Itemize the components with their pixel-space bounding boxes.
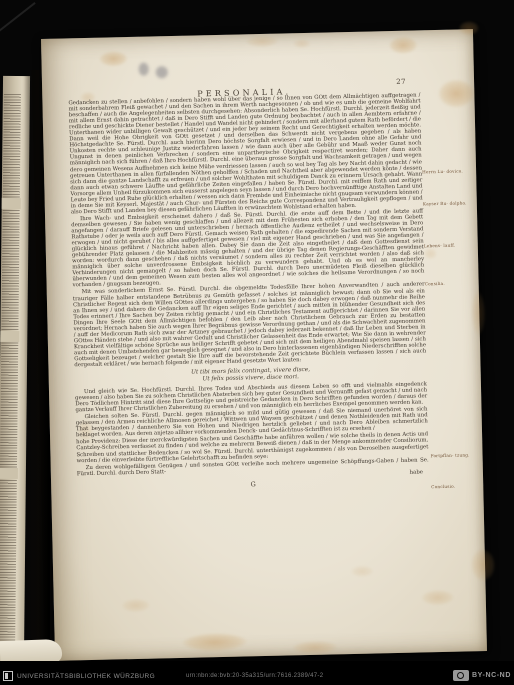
footer-bar: UNIVERSITÄTSBIBLIOTHEK WÜRZBURG urn:nbn:…	[0, 661, 514, 685]
urn-label: urn:nbn:de:bvb:20-35a315/urn:7616.2389/4…	[186, 673, 323, 679]
foxing-stain	[99, 51, 127, 67]
margin-note: Herrn Lu- dovico.	[422, 169, 466, 175]
foxing-stain	[122, 599, 150, 613]
adjacent-page-text-texture	[0, 94, 21, 642]
foxing-stain	[459, 21, 479, 35]
margin-note: Conclusio.	[431, 484, 475, 490]
foxing-stain	[183, 632, 247, 651]
book-page: PERSONALIA. 27 Gedancken zu stellen / an…	[41, 29, 487, 661]
foxing-stain	[438, 79, 475, 108]
text-column: PERSONALIA. 27 Gedancken zu stellen / an…	[68, 76, 429, 491]
body-text: Gedancken zu stellen / anbefohlen / sond…	[68, 92, 429, 491]
stamp-smudge	[139, 63, 149, 76]
foxing-stain	[422, 590, 454, 606]
foxing-stain	[351, 566, 373, 577]
stamp-smudge	[156, 66, 168, 78]
margin-note: Kayser Ru- dolpho.	[423, 201, 467, 207]
margin-note: Fortpflan- tzung.	[431, 453, 475, 459]
paragraph-gap	[0, 468, 18, 479]
page-number: 27	[396, 78, 406, 86]
cc-license-badge: BY-NC-ND	[453, 670, 511, 681]
foxing-stain	[293, 640, 337, 654]
margin-note: Lebens- lauff.	[424, 243, 468, 249]
scanned-book-viewer: PERSONALIA. 27 Gedancken zu stellen / an…	[0, 0, 514, 685]
binding-edge-highlight	[0, 2, 36, 32]
foxing-stain	[293, 39, 310, 48]
creative-commons-icon	[453, 670, 469, 681]
license-label: BY-NC-ND	[472, 672, 511, 679]
foxing-stain	[389, 36, 417, 54]
paragraph-gap	[0, 331, 19, 342]
library-credit: UNIVERSITÄTSBIBLIOTHEK WÜRZBURG	[3, 671, 155, 681]
paragraph: Mit was sonderlichem Ernst Se. Fürstl. D…	[73, 282, 427, 369]
foxing-stain	[471, 549, 496, 582]
margin-note: Consilia.	[425, 281, 469, 287]
foxing-stain	[246, 36, 278, 48]
library-logo-icon	[3, 671, 13, 681]
paragraph: Gedancken zu stellen / anbefohlen / sond…	[68, 92, 423, 215]
paragraph: Ihre Wach- und Embsigkeit erscheinet dah…	[71, 208, 425, 289]
library-name: UNIVERSITÄTSBIBLIOTHEK WÜRZBURG	[17, 673, 155, 680]
foxing-stain	[424, 248, 437, 259]
paragraph-gap	[2, 198, 21, 209]
foxing-stain	[471, 291, 486, 335]
